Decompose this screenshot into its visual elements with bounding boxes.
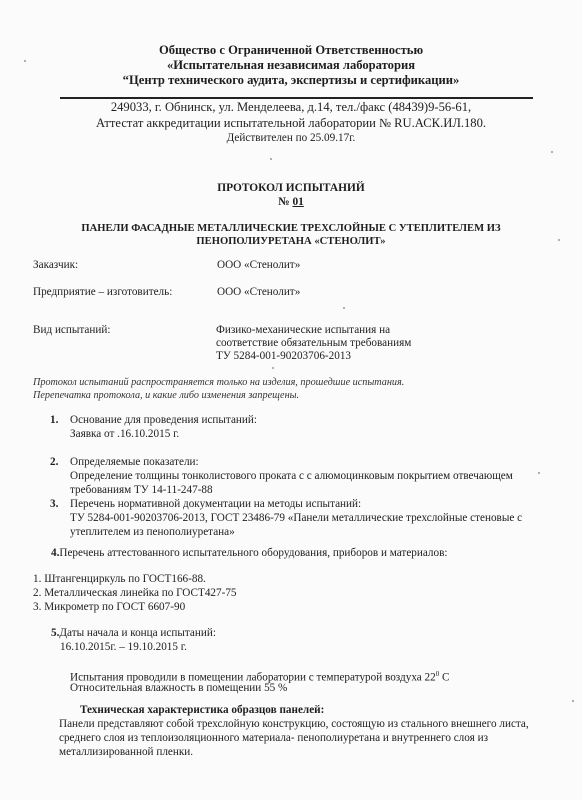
notice-line2: Перепечатка протокола, и какие либо изме…: [33, 389, 299, 403]
conditions-humidity: Относительная влажность в помещении 55 %: [70, 682, 287, 696]
tech-characteristics-line2: среднего слоя из теплоизоляционного мате…: [59, 732, 488, 746]
equipment-item-2: 2. Металлическая линейка по ГОСТ427-75: [33, 587, 237, 601]
section1-text: Заявка от .16.10.2015 г.: [70, 428, 179, 442]
section1-title: Основание для проведения испытаний:: [70, 414, 257, 428]
tech-characteristics-line1: Панели представляют собой трехслойную ко…: [59, 718, 529, 732]
scan-speck: [272, 367, 274, 369]
section4-title: Перечень аттестованного испытательного о…: [59, 547, 447, 559]
tech-characteristics-line3: металлизированной пленки.: [59, 746, 193, 760]
org-name-line3: “Центр технического аудита, экспертизы и…: [0, 72, 582, 88]
test-type-label: Вид испытаний:: [33, 324, 110, 338]
test-type-line3: ТУ 5284-001-90203706-2013: [216, 350, 351, 364]
header-divider: [60, 97, 533, 99]
org-name-line2: «Испытательная независимая лаборатория: [0, 57, 582, 73]
section2-number: 2.: [50, 456, 58, 470]
section5-title: Даты начала и конца испытаний:: [59, 627, 216, 639]
scan-speck: [270, 158, 272, 160]
scan-speck: [551, 151, 553, 153]
section3-title: Перечень нормативной документации на мет…: [70, 498, 361, 512]
section3-number: 3.: [50, 498, 58, 512]
section2-text2: требованиям ТУ 14-11-247-88: [70, 484, 213, 498]
org-address: 249033, г. Обнинск, ул. Менделеева, д.14…: [0, 100, 582, 115]
scan-speck: [24, 60, 26, 62]
manufacturer-value: ООО «Стенолит»: [217, 286, 300, 300]
scan-speck: [558, 239, 560, 241]
notice-line1: Протокол испытаний распространяется толь…: [33, 376, 404, 390]
section3-text2: утеплителем из пенополиуретана»: [70, 526, 235, 540]
number-prefix: №: [278, 196, 292, 208]
test-type-line2: соответствие обязательным требованиям: [216, 337, 411, 351]
protocol-number: № 01: [0, 195, 582, 209]
org-name-line1: Общество с Ограниченной Ответственностью: [0, 42, 582, 58]
section5-heading: 5.Даты начала и конца испытаний:: [51, 627, 216, 641]
scan-speck: [343, 307, 345, 309]
manufacturer-label: Предприятие – изготовитель:: [33, 286, 172, 300]
section2-text1: Определение толщины тонколистового прока…: [70, 470, 513, 484]
section4-heading: 4.Перечень аттестованного испытательного…: [51, 547, 448, 561]
section1-number: 1.: [50, 414, 58, 428]
protocol-title: ПРОТОКОЛ ИСПЫТАНИЙ: [0, 181, 582, 195]
equipment-item-3: 3. Микрометр по ГОСТ 6607-90: [33, 601, 185, 615]
customer-value: ООО «Стенолит»: [217, 259, 300, 273]
accreditation-certificate: Аттестат аккредитации испытательной лабо…: [0, 116, 582, 131]
section2-title: Определяемые показатели:: [70, 456, 199, 470]
equipment-item-1: 1. Штангенциркуль по ГОСТ166-88.: [33, 573, 206, 587]
section5-dates: 16.10.2015г. – 19.10.2015 г.: [60, 641, 187, 655]
certificate-validity: Действителен по 25.09.17г.: [0, 131, 582, 146]
protocol-subject-line2: ПЕНОПОЛИУРЕТАНА «СТЕНОЛИТ»: [0, 235, 582, 248]
number-value: 01: [292, 196, 303, 208]
test-type-line1: Физико-механические испытания на: [216, 324, 390, 338]
section3-text1: ТУ 5284-001-90203706-2013, ГОСТ 23486-79…: [70, 512, 522, 526]
scan-speck: [572, 700, 574, 702]
tech-characteristics-title: Техническая характеристика образцов пане…: [80, 704, 324, 718]
protocol-subject-line1: ПАНЕЛИ ФАСАДНЫЕ МЕТАЛЛИЧЕСКИЕ ТРЕХСЛОЙНЫ…: [0, 222, 582, 235]
temperature-unit: С: [439, 672, 449, 684]
customer-label: Заказчик:: [33, 259, 78, 273]
scan-speck: [538, 472, 540, 474]
